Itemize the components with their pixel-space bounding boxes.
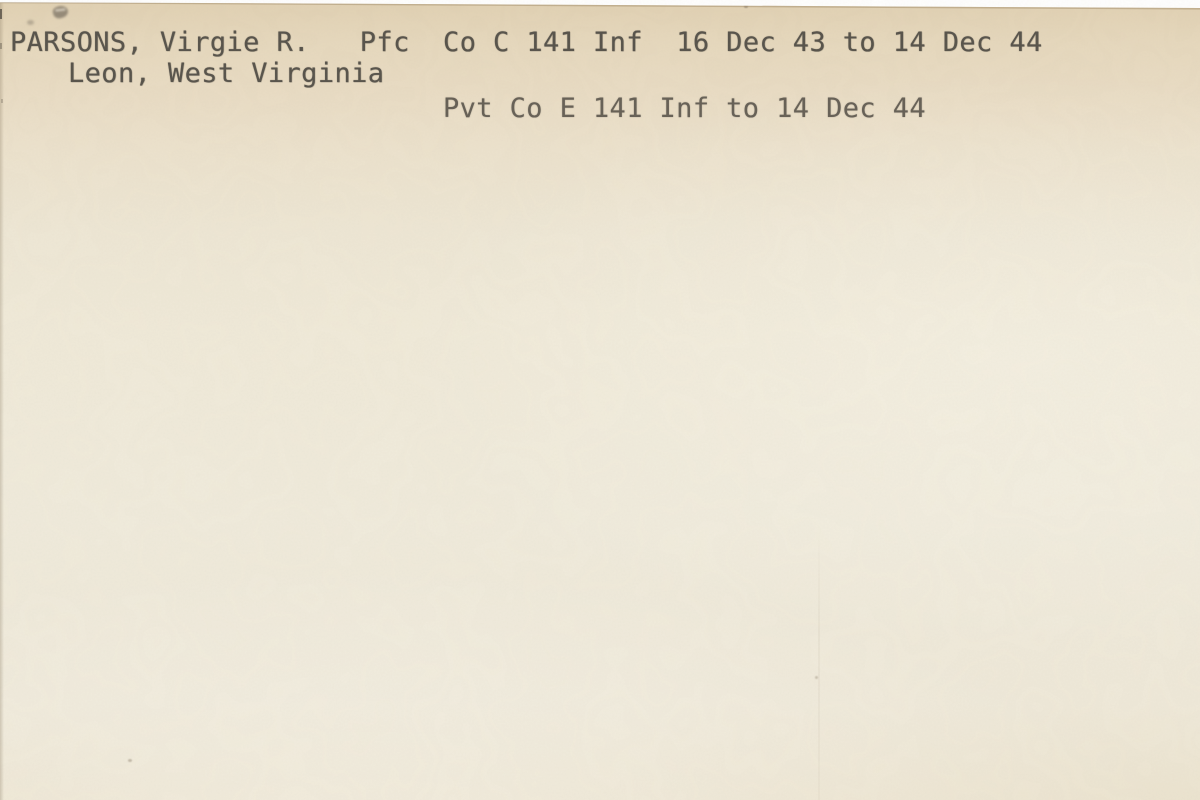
typed-line-hometown: Leon, West Virginia bbox=[68, 60, 384, 87]
ink-smudge bbox=[52, 4, 70, 20]
index-card: PARSONS, Virgie R. Pfc Co C 141 Inf 16 D… bbox=[0, 3, 1200, 800]
card-left-edge-shadow bbox=[0, 3, 4, 800]
typed-line-prior-rank: Pvt Co E 141 Inf to 14 Dec 44 bbox=[443, 95, 926, 122]
edge-speck bbox=[0, 43, 2, 49]
typed-line-service-record: PARSONS, Virgie R. Pfc Co C 141 Inf 16 D… bbox=[10, 29, 1043, 56]
edge-speck bbox=[1, 99, 3, 103]
scanned-document: PARSONS, Virgie R. Pfc Co C 141 Inf 16 D… bbox=[0, 0, 1200, 800]
paper-fleck bbox=[128, 759, 132, 762]
paper-crease bbox=[818, 523, 820, 800]
ink-smudge bbox=[27, 20, 34, 25]
edge-speck bbox=[0, 9, 2, 19]
ink-dot bbox=[744, 5, 748, 8]
